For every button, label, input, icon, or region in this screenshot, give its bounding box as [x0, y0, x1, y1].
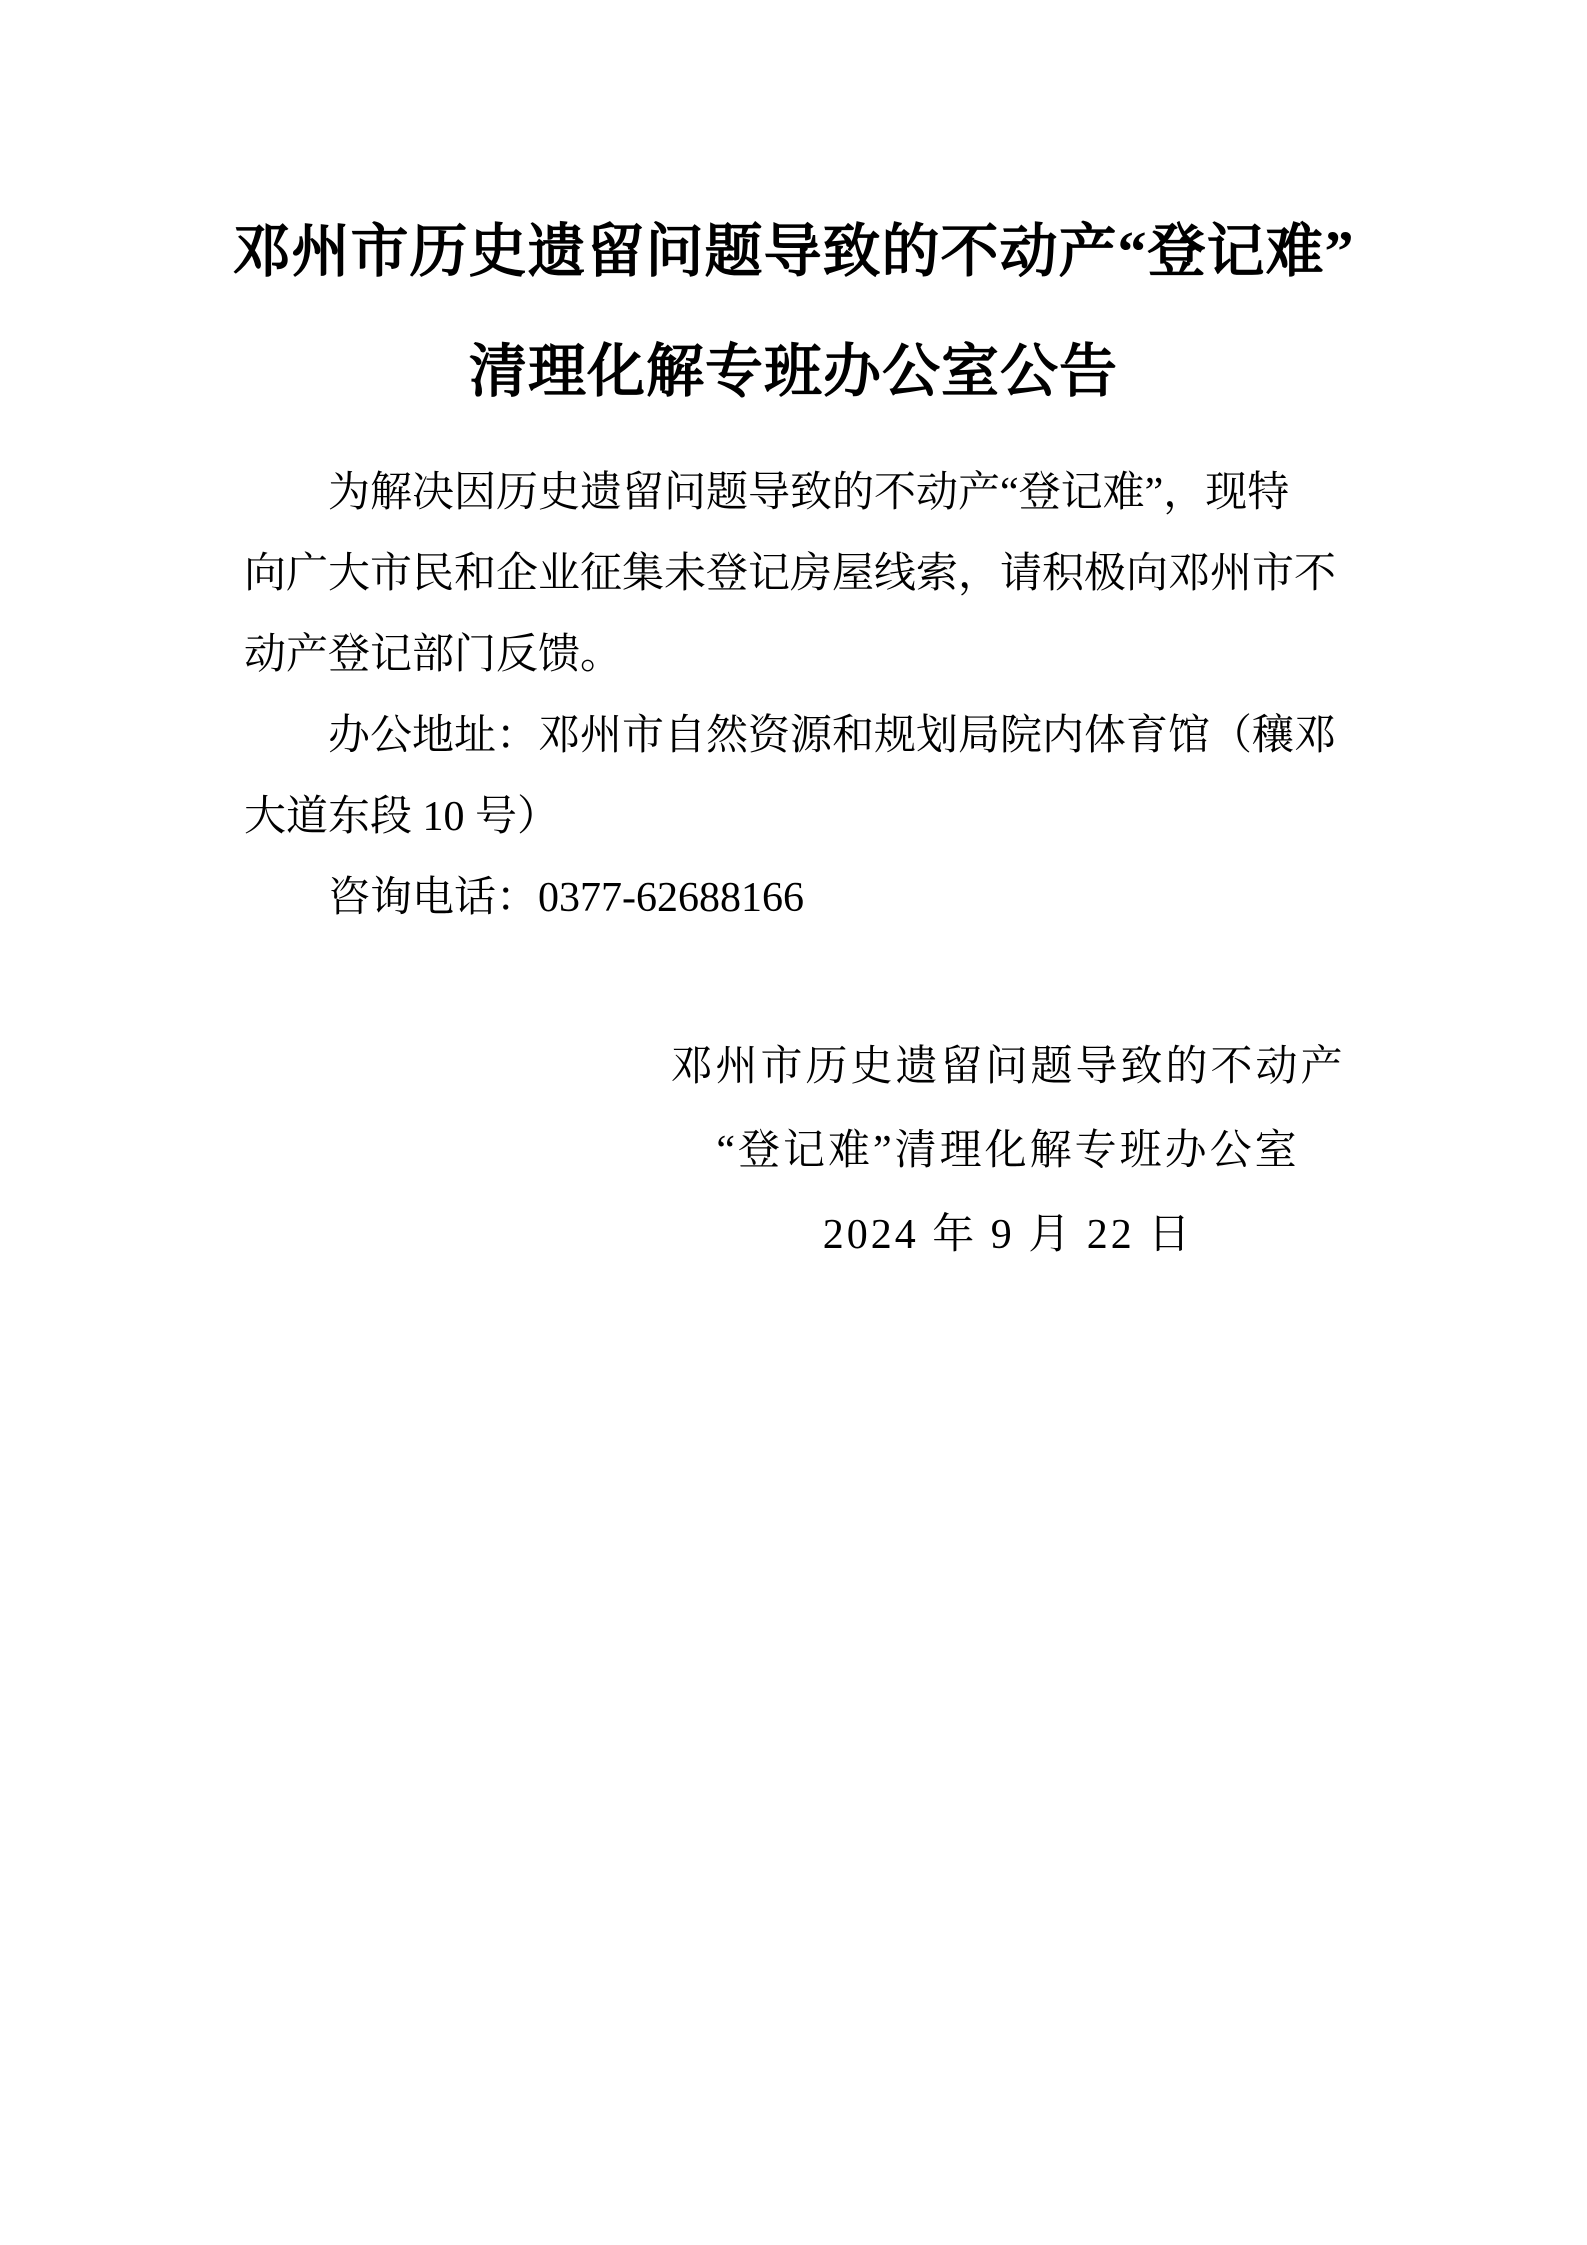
- document-title: 邓州市历史遗留问题导致的不动产“登记难” 清理化解专班办公室公告: [0, 192, 1587, 432]
- signature-line-2: “登记难”清理化解专班办公室: [664, 1109, 1352, 1193]
- document-body: 为解决因历史遗留问题导致的不动产“登记难”，现特 向广大市民和企业征集未登记房屋…: [244, 453, 1348, 939]
- signature-line-1: 邓州市历史遗留问题导致的不动产: [664, 1025, 1352, 1109]
- signature-block: 邓州市历史遗留问题导致的不动产 “登记难”清理化解专班办公室 2024 年 9 …: [664, 1025, 1352, 1277]
- title-line-1: 邓州市历史遗留问题导致的不动产“登记难”: [0, 192, 1587, 312]
- office-address-line: 办公地址：邓州市自然资源和规划局院内体育馆（穰邓: [244, 696, 1348, 777]
- body-paragraph-line: 向广大市民和企业征集未登记房屋线索，请积极向邓州市不: [244, 534, 1348, 615]
- title-line-2: 清理化解专班办公室公告: [0, 312, 1587, 432]
- office-address-line-continued: 大道东段 10 号）: [244, 777, 1348, 858]
- announcement-page: 邓州市历史遗留问题导致的不动产“登记难” 清理化解专班办公室公告 为解决因历史遗…: [0, 0, 1587, 2245]
- body-paragraph-line: 为解决因历史遗留问题导致的不动产“登记难”，现特: [244, 453, 1348, 534]
- phone-line: 咨询电话：0377-62688166: [244, 858, 1348, 939]
- date-line: 2024 年 9 月 22 日: [664, 1193, 1352, 1277]
- body-paragraph-line: 动产登记部门反馈。: [244, 615, 1348, 696]
